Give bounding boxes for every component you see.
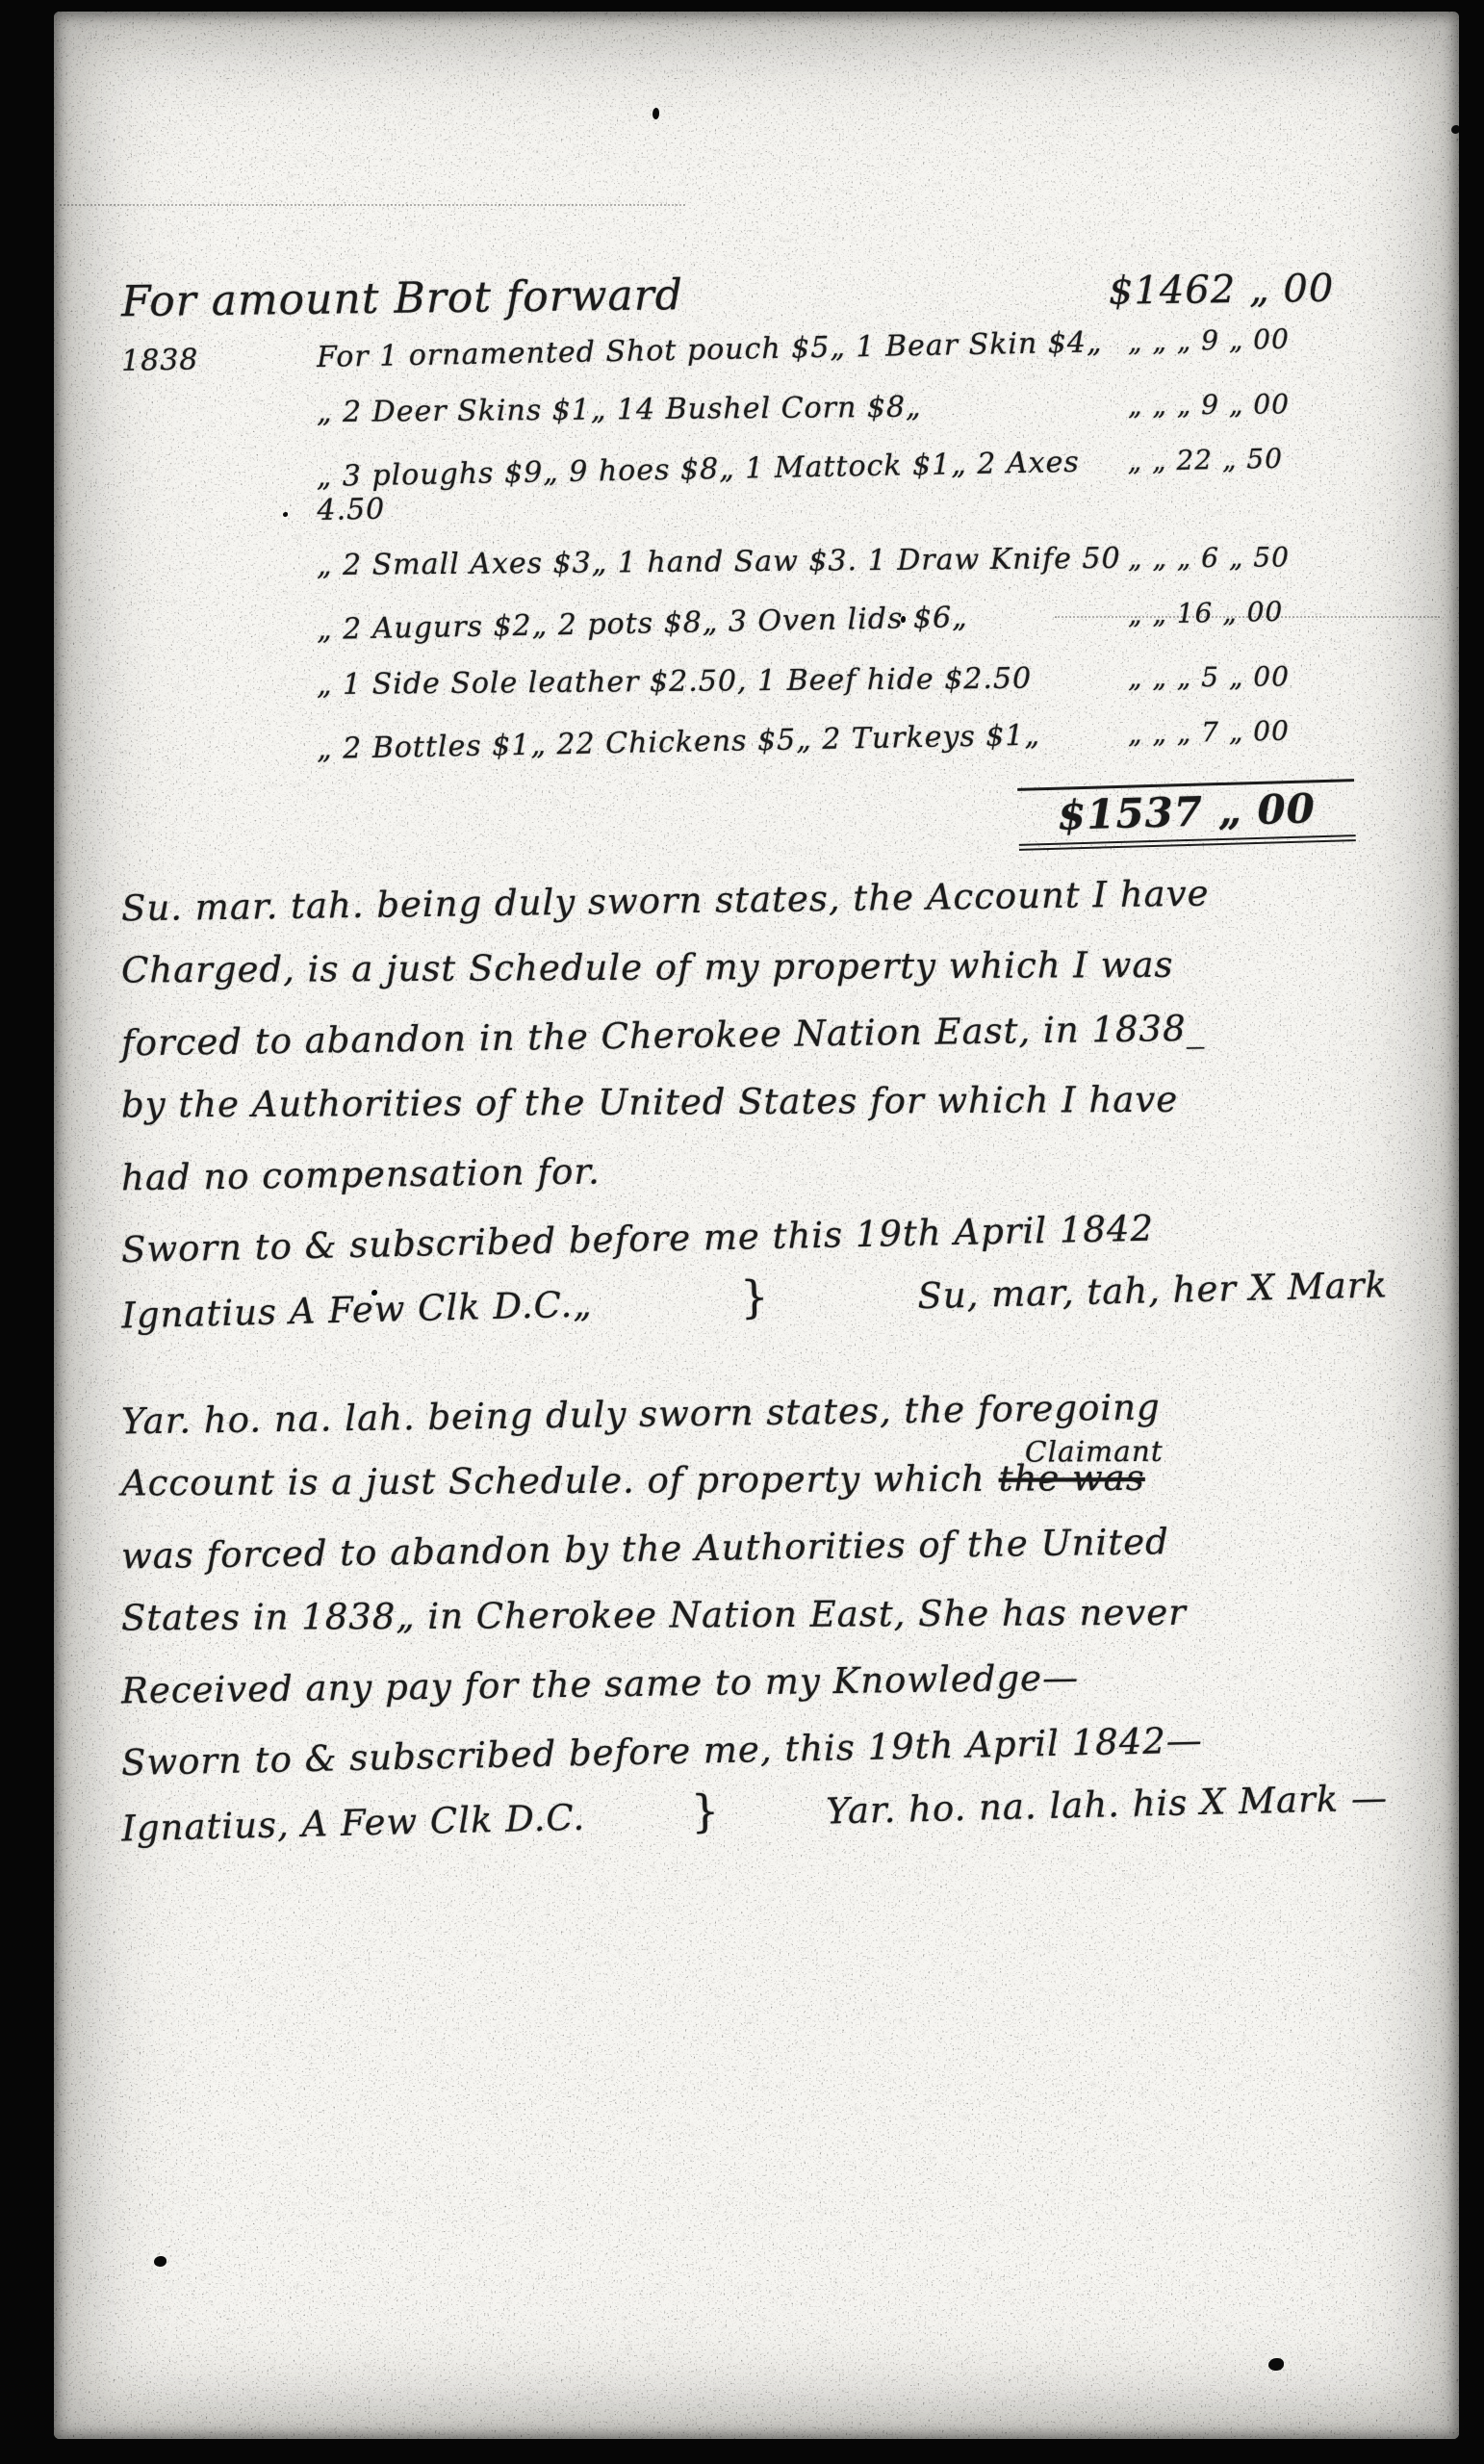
affidavit-line: by the Authorities of the United States … <box>121 1077 1417 1125</box>
ledger-year-blank <box>121 423 261 423</box>
ledger-item-amount: „ „ 16 „ 00 <box>1128 593 1418 630</box>
ledger-total-row: $1537 „ 00 <box>121 783 1355 846</box>
brought-forward-label: For amount Brot forward <box>121 266 1110 327</box>
ledger-row: 1838 For 1 ornamented Shot pouch $5„ 1 B… <box>121 320 1417 378</box>
clerk-signature: Ignatius, A Few Clk D.C. <box>121 1797 586 1850</box>
ledger-item-amount: „ „ „ 9 „ 00 <box>1128 321 1418 358</box>
brought-forward-row: For amount Brot forward $1462 „ 00 <box>121 262 1418 326</box>
brace-mark: } <box>740 1270 771 1323</box>
ledger-table: 1838 For 1 ornamented Shot pouch $5„ 1 B… <box>121 332 1417 757</box>
ledger-year-blank <box>121 640 261 643</box>
correction-group: Claimant the was <box>999 1457 1145 1500</box>
scanned-document-page: For amount Brot forward $1462 „ 00 1838 … <box>0 0 1484 2464</box>
ledger-row: „ 2 Small Axes $3„ 1 hand Saw $3. 1 Draw… <box>121 539 1417 584</box>
ledger-row: „ 2 Augurs $2„ 2 pots $8„ 3 Oven lids $6… <box>121 592 1417 651</box>
clerk-signature: Ignatius A Few Clk D.C.„ <box>121 1283 593 1336</box>
paper-sheet: For amount Brot forward $1462 „ 00 1838 … <box>54 12 1459 2439</box>
affidavit-line: Su. mar. tah. being duly sworn states, t… <box>121 870 1417 930</box>
claimant-mark: Yar. ho. na. lah. his X Mark — <box>826 1777 1389 1832</box>
ledger-item-description: „ 2 Augurs $2„ 2 pots $8„ 3 Oven lids $6… <box>261 598 1129 648</box>
affidavit-line: Yar. ho. na. lah. being duly sworn state… <box>121 1383 1417 1443</box>
ink-blot <box>1268 2358 1284 2371</box>
affidavit-line: Charged, is a just Schedule of my proper… <box>121 942 1417 990</box>
inserted-word: Claimant <box>1025 1435 1164 1469</box>
ledger-item-description: „ 1 Side Sole leather $2.50, 1 Beef hide… <box>261 661 1128 703</box>
ledger-item-amount: „ „ „ 5 „ 00 <box>1128 659 1417 694</box>
ledger-item-amount: „ „ „ 6 „ 50 <box>1128 540 1417 575</box>
ledger-item-amount: „ „ 22 „ 50 <box>1127 440 1417 477</box>
brought-forward-amount: $1462 „ 00 <box>1109 266 1418 314</box>
affidavit-line: Received any pay for the same to my Know… <box>121 1653 1417 1712</box>
signature-row: Ignatius A Few Clk D.C.„ } Su, mar, tah,… <box>121 1255 1418 1339</box>
ledger-item-amount: „ „ „ 7 „ 00 <box>1128 712 1418 750</box>
affidavit-line-text: Account is a just Schedule. of property … <box>121 1458 985 1504</box>
ink-blot <box>154 2256 166 2267</box>
ledger-row: „ 2 Deer Skins $1„ 14 Bushel Corn $8„ „ … <box>121 386 1417 431</box>
ledger-item-description: „ 2 Bottles $1„ 22 Chickens $5„ 2 Turkey… <box>261 717 1129 767</box>
ledger-year-blank <box>121 487 261 490</box>
ledger-row: „ 1 Side Sole leather $2.50, 1 Beef hide… <box>121 658 1417 704</box>
signature-row: Ignatius, A Few Clk D.C. } Yar. ho. na. … <box>121 1768 1418 1852</box>
ledger-item-description: „ 3 ploughs $9„ 9 hoes $8„ 1 Mattock $1„… <box>260 445 1128 528</box>
ledger-row: „ 3 ploughs $9„ 9 hoes $8„ 1 Mattock $1„… <box>120 439 1417 531</box>
ledger-item-amount: „ „ „ 9 „ 00 <box>1128 387 1417 422</box>
ledger-year-blank <box>121 695 261 696</box>
affidavit-line: States in 1838„ in Cherokee Nation East,… <box>121 1590 1417 1638</box>
ledger-total-amount: $1537 „ 00 <box>1017 779 1356 851</box>
affidavit-sumartah: Su. mar. tah. being duly sworn states, t… <box>121 879 1417 1322</box>
ledger-year-blank <box>121 576 261 577</box>
affidavit-line-with-correction: Account is a just Schedule. of property … <box>121 1455 1417 1503</box>
brace-mark: } <box>690 1784 721 1837</box>
affidavit-line: was forced to abandon by the Authorities… <box>121 1518 1417 1578</box>
affidavit-yarhonalah: Yar. ho. na. lah. being duly sworn state… <box>121 1392 1417 1835</box>
ledger-item-description: „ 2 Small Axes $3„ 1 hand Saw $3. 1 Draw… <box>261 542 1128 583</box>
claimant-mark: Su, mar, tah, her X Mark <box>917 1264 1389 1317</box>
ledger-item-description: „ 2 Deer Skins $1„ 14 Bushel Corn $8„ <box>261 389 1128 430</box>
ledger-year: 1838 <box>121 342 262 378</box>
affidavit-line: had no compensation for. <box>121 1140 1417 1199</box>
affidavit-line: forced to abandon in the Cherokee Nation… <box>121 1005 1417 1065</box>
ledger-year-blank <box>121 759 261 762</box>
ledger-row: „ 2 Bottles $1„ 22 Chickens $5„ 2 Turkey… <box>121 711 1417 770</box>
document-content: For amount Brot forward $1462 „ 00 1838 … <box>54 12 1459 1835</box>
ledger-item-description: For 1 ornamented Shot pouch $5„ 1 Bear S… <box>261 325 1129 375</box>
